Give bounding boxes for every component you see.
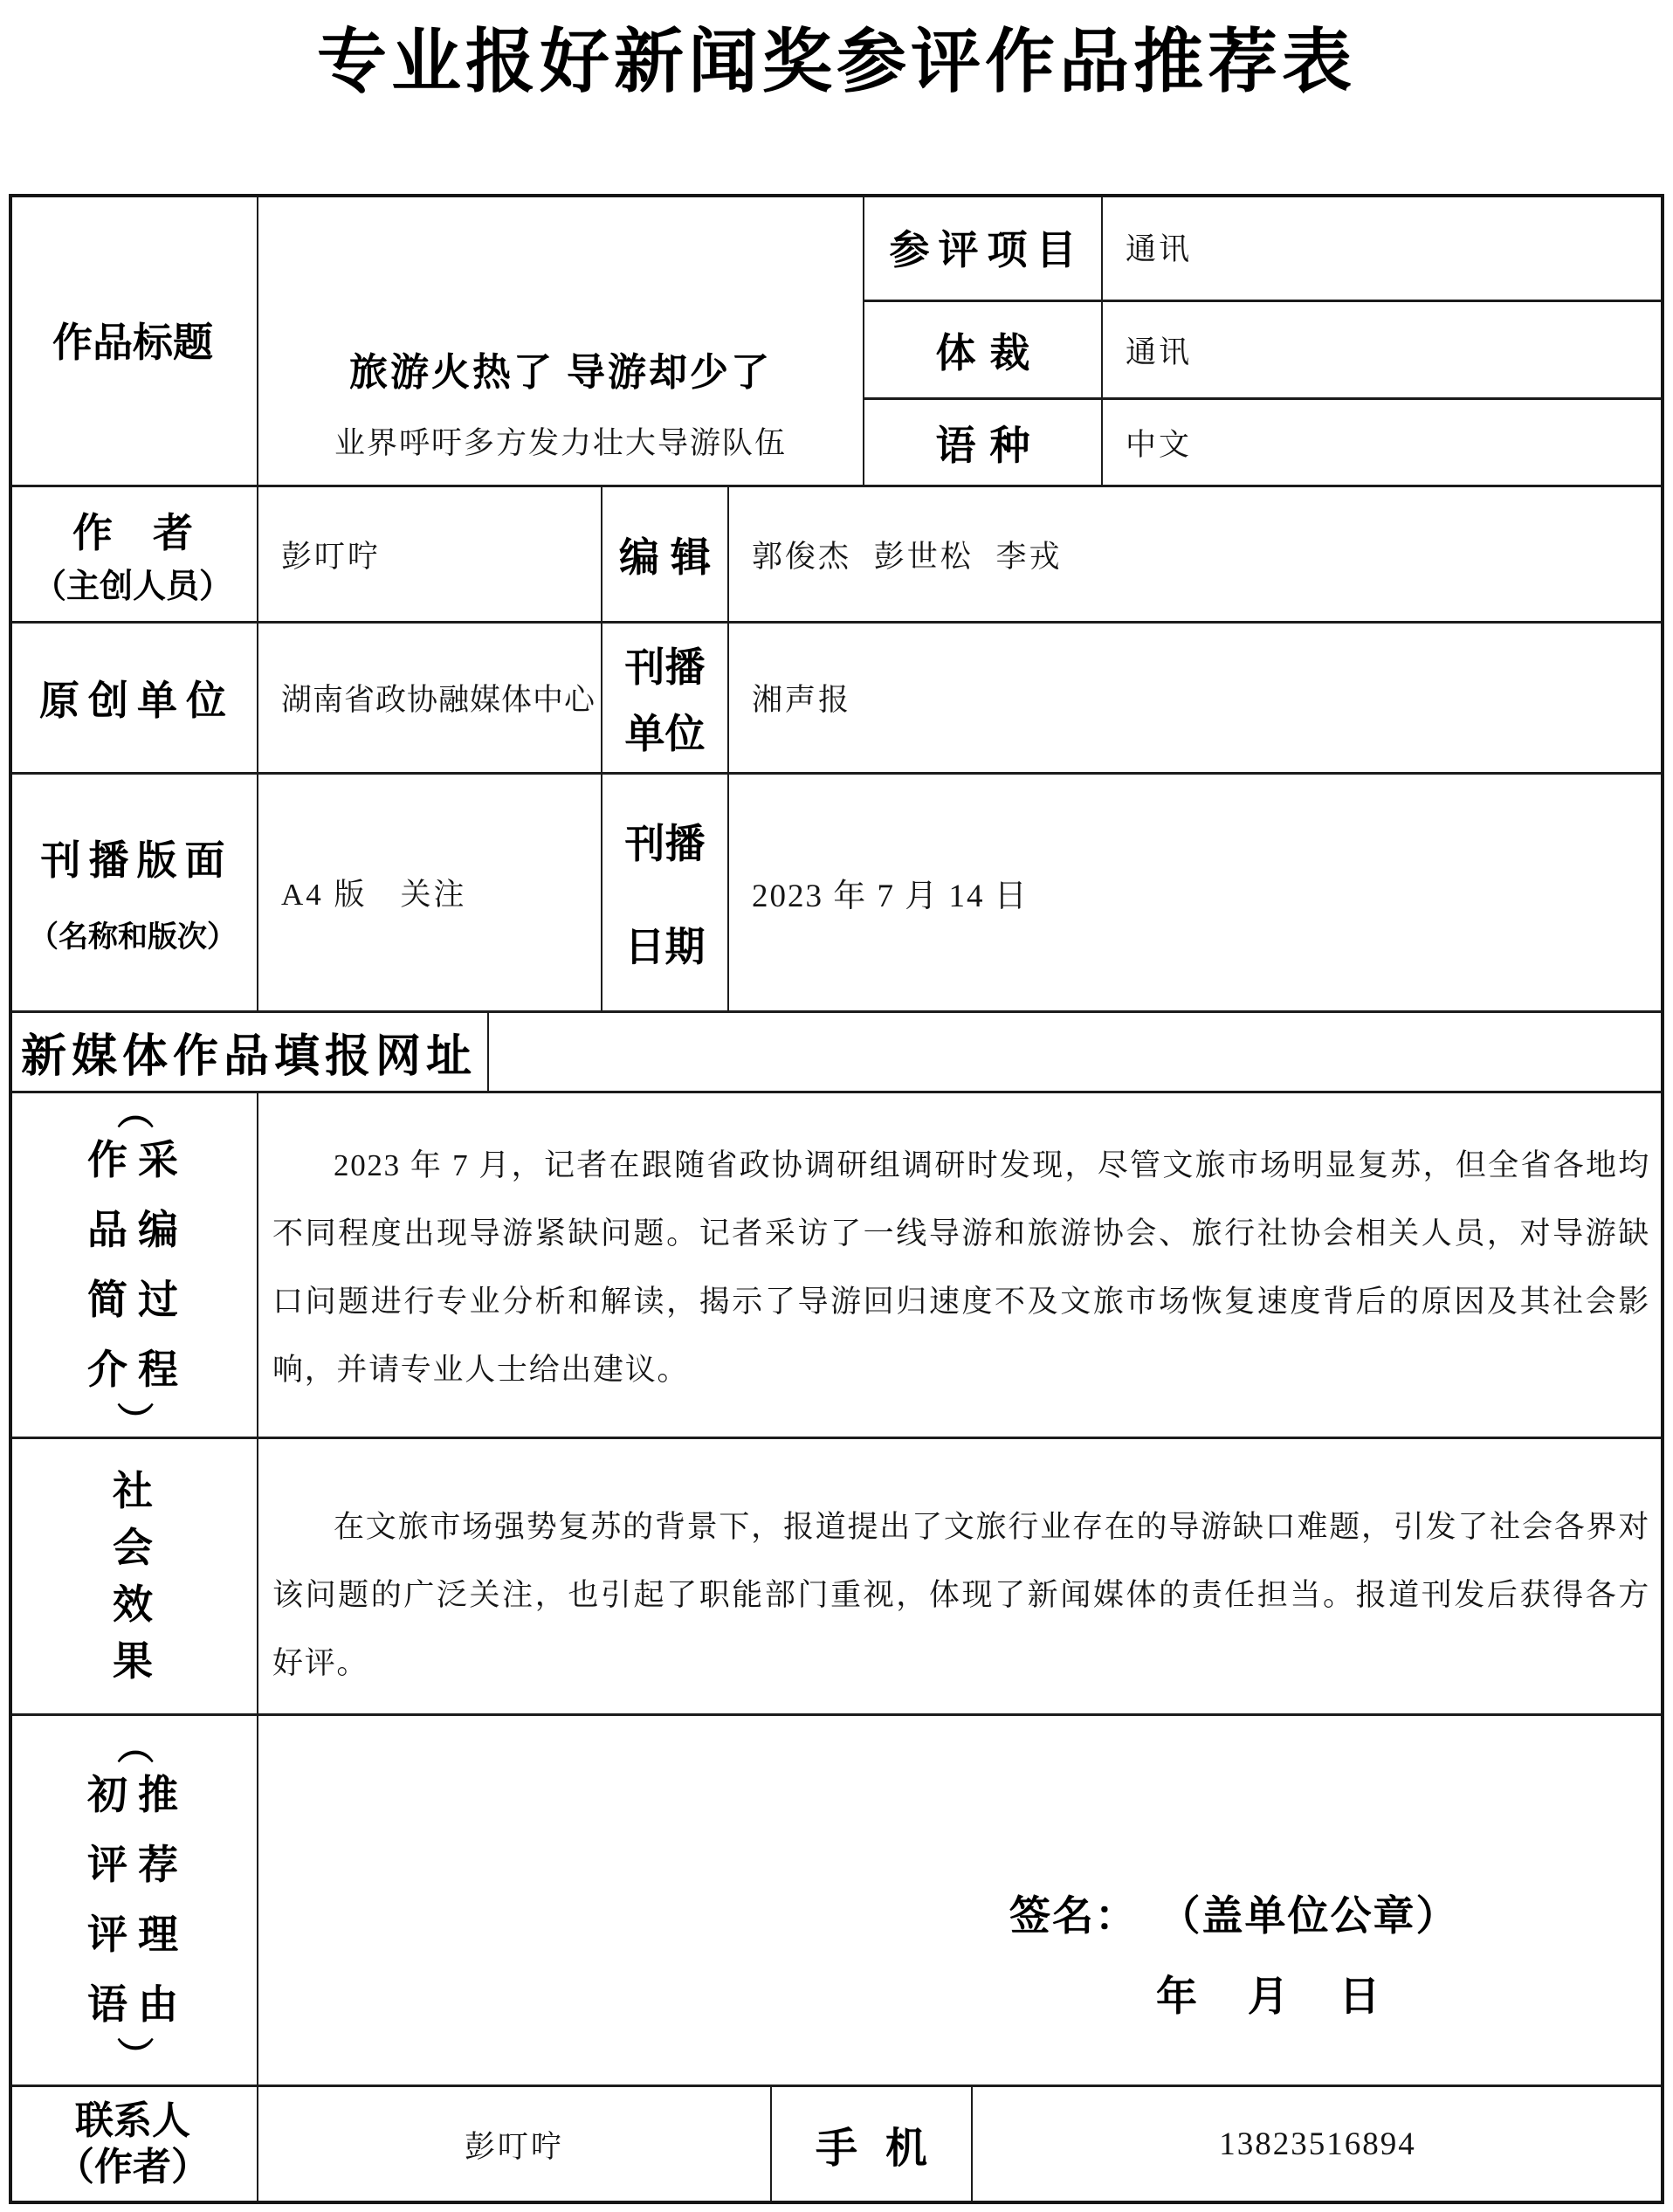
language-value-cell: 中文 <box>1103 400 1664 487</box>
social-effect-label: 社会效果 <box>113 1463 153 1690</box>
entry-category-label: 参评项目 <box>890 218 1085 276</box>
signature-label: 签名： <box>1009 1894 1138 1940</box>
publish-unit-label-cell: 刊播 单位 <box>602 624 729 775</box>
publish-unit-label-line2: 单位 <box>625 702 706 760</box>
publish-date-value: 2023 年 7 月 14 日 <box>752 869 1029 916</box>
social-effect-text: 在文旅市场强势复苏的背景下，报道提出了文旅行业存在的导游缺口难题，引发了社会各界… <box>258 1493 1663 1698</box>
contact-value-cell: 彭叮咛 <box>258 2087 772 2204</box>
new-media-url-label: 新媒体作品填报网址 <box>21 1019 477 1085</box>
author-label-line1: 作 者 <box>72 501 193 559</box>
social-effect-label-cell: 社会效果 <box>9 1439 258 1716</box>
entry-category-value: 通讯 <box>1126 225 1192 269</box>
contact-label-line1: 联系人 <box>75 2098 190 2145</box>
author-label-line2: （主创人员） <box>33 559 232 607</box>
recommendation-label-cell: （ 初推 评荐 评理 语由 ） <box>9 1716 258 2087</box>
editor-label: 编辑 <box>619 526 722 583</box>
publish-page-value: A4 版 关注 <box>281 871 467 914</box>
genre-value: 通讯 <box>1126 328 1192 372</box>
contact-label-line2: （作者） <box>56 2145 210 2191</box>
recommendation-label: （ 初推 评荐 评理 语由 ） <box>9 1716 257 2085</box>
language-value: 中文 <box>1126 421 1192 465</box>
work-title-label: 作品标题 <box>52 311 213 369</box>
work-intro-label-row: 作采 <box>87 1126 189 1196</box>
recommendation-form-page: 专业报好新闻奖参评作品推荐表 作品标题 旅游火热了 导游却少了 业界呼吁多方发力… <box>0 0 1673 2212</box>
work-intro-text-cell: 2023 年 7 月，记者在跟随省政协调研组调研时发现，尽管文旅市场明显复苏，但… <box>258 1093 1664 1439</box>
publish-date-value-cell: 2023 年 7 月 14 日 <box>729 775 1664 1013</box>
genre-value-cell: 通讯 <box>1103 302 1664 400</box>
publish-date-label-cell: 刊播 日期 <box>602 775 729 1013</box>
editor-value: 郭俊杰 彭世松 李戎 <box>752 533 1063 576</box>
publish-unit-value-cell: 湘声报 <box>729 624 1664 775</box>
original-unit-value-cell: 湖南省政协融媒体中心 <box>258 624 602 775</box>
publish-page-value-cell: A4 版 关注 <box>258 775 602 1013</box>
work-intro-paren-close: ） <box>118 1401 148 1437</box>
work-intro-label-row: 品编 <box>87 1196 189 1265</box>
recommendation-label-row: 语由 <box>87 1970 189 2040</box>
recommendation-label-row: 评荐 <box>87 1830 189 1900</box>
editor-value-cell: 郭俊杰 彭世松 李戎 <box>729 487 1664 624</box>
work-title-label-cell: 作品标题 <box>9 194 258 487</box>
original-unit-label: 原创单位 <box>39 669 235 727</box>
mobile-label-cell: 手机 <box>772 2087 973 2204</box>
language-label: 语种 <box>936 414 1044 472</box>
contact-value: 彭叮咛 <box>465 2123 564 2167</box>
mobile-value-cell: 13823516894 <box>973 2087 1664 2204</box>
publish-page-label-line2: （名称和版次） <box>29 920 237 957</box>
publish-date-label-line2: 日期 <box>625 915 706 973</box>
entry-category-label-cell: 参评项目 <box>864 194 1103 302</box>
mobile-label: 手机 <box>816 2114 955 2174</box>
author-value: 彭叮咛 <box>281 533 381 576</box>
work-intro-text: 2023 年 7 月，记者在跟随省政协调研组调研时发现，尽管文旅市场明显复苏，但… <box>258 1132 1663 1404</box>
form-table: 作品标题 旅游火热了 导游却少了 业界呼吁多方发力壮大导游队伍 参评项目 通讯 … <box>9 194 1664 2204</box>
editor-label-cell: 编辑 <box>602 487 729 624</box>
work-intro-label-row: 简过 <box>87 1265 189 1335</box>
recommendation-label-row: 评理 <box>87 1900 189 1970</box>
recommendation-content-cell: 签名：（盖单位公章） 年 月 日 <box>258 1716 1664 2087</box>
work-title-cell: 旅游火热了 导游却少了 业界呼吁多方发力壮大导游队伍 <box>258 194 864 487</box>
seal-note: （盖单位公章） <box>1180 1894 1459 1940</box>
recommendation-paren-close: ） <box>118 2036 148 2073</box>
signature-line: 签名：（盖单位公章） <box>1009 1884 1459 1942</box>
recommendation-label-row: 初推 <box>87 1761 189 1830</box>
social-effect-text-cell: 在文旅市场强势复苏的背景下，报道提出了文旅行业存在的导游缺口难题，引发了社会各界… <box>258 1439 1664 1716</box>
page-title: 专业报好新闻奖参评作品推荐表 <box>0 5 1673 106</box>
entry-category-value-cell: 通讯 <box>1103 194 1664 302</box>
work-intro-label-cell: （ 作采 品编 简过 介程 ） <box>9 1093 258 1439</box>
work-intro-label: （ 作采 品编 简过 介程 ） <box>9 1093 257 1437</box>
language-label-cell: 语种 <box>864 400 1103 487</box>
publish-page-label-cell: 刊播版面 （名称和版次） <box>9 775 258 1013</box>
work-intro-paren-open: （ <box>118 1092 148 1128</box>
work-subtitle-text: 业界呼吁多方发力壮大导游队伍 <box>334 419 787 463</box>
work-intro-label-row: 介程 <box>87 1335 189 1405</box>
new-media-url-value-cell <box>489 1013 1664 1093</box>
publish-date-label-line1: 刊播 <box>625 812 706 870</box>
publish-unit-value: 湘声报 <box>752 676 851 720</box>
author-label-cell: 作 者 （主创人员） <box>9 487 258 624</box>
genre-label: 体裁 <box>936 321 1044 379</box>
author-value-cell: 彭叮咛 <box>258 487 602 624</box>
mobile-value: 13823516894 <box>1219 2126 1416 2163</box>
genre-label-cell: 体裁 <box>864 302 1103 400</box>
recommendation-paren-open: （ <box>118 1727 148 1764</box>
date-line: 年 月 日 <box>1156 1964 1382 2022</box>
original-unit-value: 湖南省政协融媒体中心 <box>281 676 596 720</box>
publish-page-label-line1: 刊播版面 <box>41 829 233 886</box>
work-title-text: 旅游火热了 导游却少了 <box>349 341 772 396</box>
publish-unit-label-line1: 刊播 <box>625 636 706 693</box>
original-unit-label-cell: 原创单位 <box>9 624 258 775</box>
new-media-url-label-cell: 新媒体作品填报网址 <box>9 1013 489 1093</box>
contact-label-cell: 联系人 （作者） <box>9 2087 258 2204</box>
